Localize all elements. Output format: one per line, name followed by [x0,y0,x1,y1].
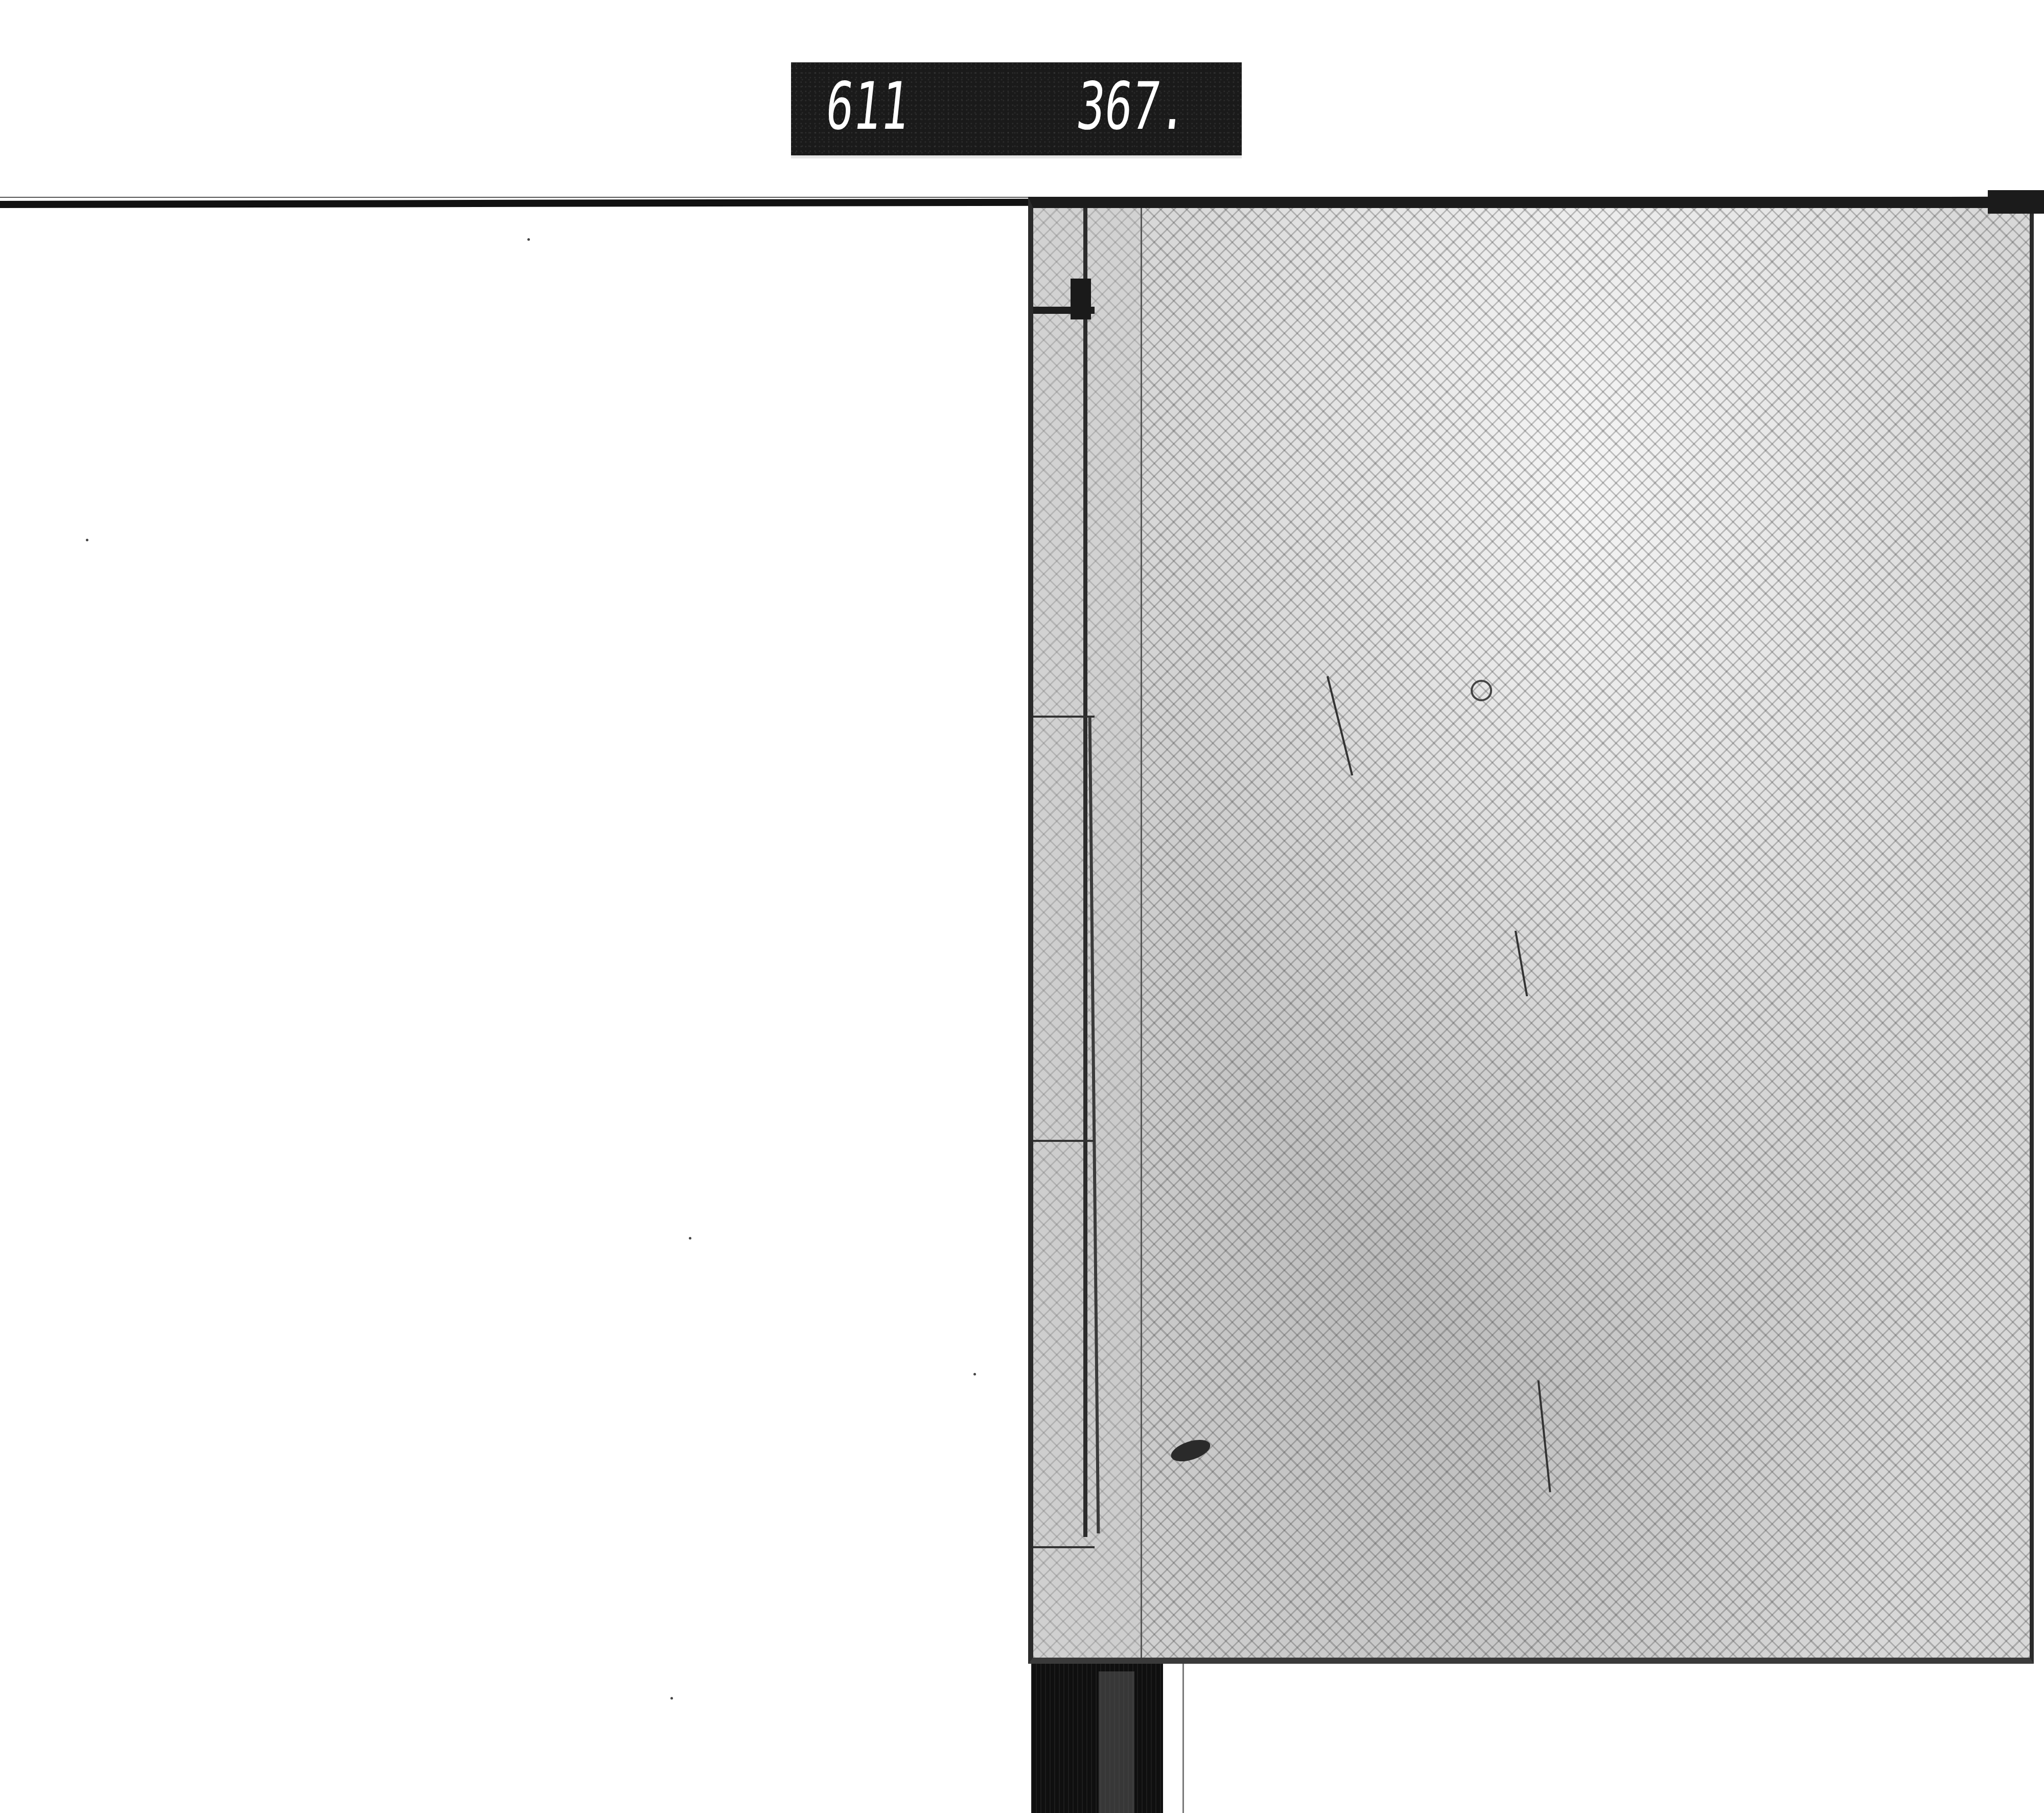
catalog-number-right: 367. [1074,74,1191,140]
page-edge [1182,1664,1184,1813]
stitch-mark [1033,716,1095,718]
binding-knot [1071,279,1091,319]
dust-speck [973,1373,976,1375]
binding-thread [1083,208,1087,1537]
dust-speck [86,539,88,541]
binding-strip [1033,208,1142,1658]
dust-speck [689,1237,691,1240]
book-cover [1028,197,2034,1664]
catalog-label: 611 367. [791,62,1242,155]
cover-top-corner [1988,190,2044,214]
catalog-number-left: 611 [823,74,912,140]
spine-tail [1031,1664,1163,1813]
dust-speck [670,1697,673,1700]
stitch-mark [1033,1546,1095,1548]
cover-ring-mark [1471,680,1492,701]
left-blank-page [0,209,1012,1813]
spine-tail-highlight [1099,1671,1134,1813]
stitch-mark [1033,1140,1095,1142]
dust-speck [527,238,530,241]
